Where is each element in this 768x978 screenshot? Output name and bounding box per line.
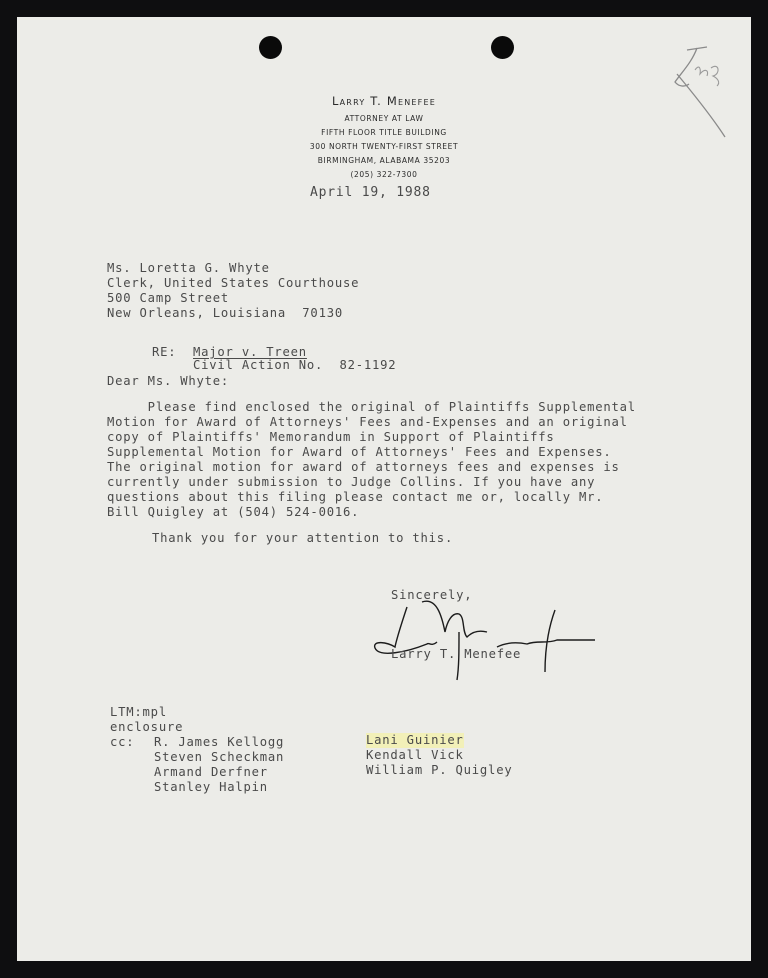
cc-recipient: William P. Quigley — [366, 763, 512, 778]
letterhead-name: Larry T. Menefee — [17, 94, 751, 108]
body-line: questions about this filing please conta… — [107, 490, 603, 505]
punch-hole-left — [259, 36, 282, 59]
body-line: Please find enclosed the original of Pla… — [107, 400, 636, 415]
letterhead-address-line: BIRMINGHAM, ALABAMA 35203 — [17, 156, 751, 165]
letterhead-title: ATTORNEY AT LAW — [17, 114, 751, 123]
recipient-line: 500 Camp Street — [107, 291, 229, 306]
re-label: RE: — [152, 345, 176, 360]
closing-paragraph: Thank you for your attention to this. — [152, 531, 453, 546]
cc-recipient: Stanley Halpin — [154, 780, 268, 795]
letterhead-address-line: 300 NORTH TWENTY-FIRST STREET — [17, 142, 751, 151]
letter-date: April 19, 1988 — [310, 185, 431, 200]
cc-recipient: Steven Scheckman — [154, 750, 284, 765]
body-line: currently under submission to Judge Coll… — [107, 475, 595, 490]
cc-recipient-highlighted: Lani Guinier — [366, 733, 464, 748]
letterhead-address-line: FIFTH FLOOR TITLE BUILDING — [17, 128, 751, 137]
signer-name: Larry T. Menefee — [391, 647, 521, 662]
body-line: The original motion for award of attorne… — [107, 460, 620, 475]
body-line: Supplemental Motion for Award of Attorne… — [107, 445, 612, 460]
cc-label: cc: — [110, 735, 134, 750]
enclosure-note: enclosure — [110, 720, 183, 735]
recipient-line: New Orleans, Louisiana 70130 — [107, 306, 343, 321]
cc-recipient: Kendall Vick — [366, 748, 464, 763]
re-civil-action: Civil Action No. 82-1192 — [193, 358, 396, 373]
punch-hole-right — [491, 36, 514, 59]
body-line: Motion for Award of Attorneys' Fees and-… — [107, 415, 628, 430]
letterhead-phone: (205) 322-7300 — [17, 170, 751, 179]
letter-page: Larry T. Menefee ATTORNEY AT LAW FIFTH F… — [17, 17, 751, 961]
body-line: copy of Plaintiffs' Memorandum in Suppor… — [107, 430, 555, 445]
body-line: Bill Quigley at (504) 524-0016. — [107, 505, 359, 520]
recipient-line: Clerk, United States Courthouse — [107, 276, 359, 291]
typist-initials: LTM:mpl — [110, 705, 167, 720]
cc-recipient: R. James Kellogg — [154, 735, 284, 750]
salutation: Dear Ms. Whyte: — [107, 374, 229, 389]
recipient-line: Ms. Loretta G. Whyte — [107, 261, 270, 276]
cc-recipient: Armand Derfner — [154, 765, 268, 780]
